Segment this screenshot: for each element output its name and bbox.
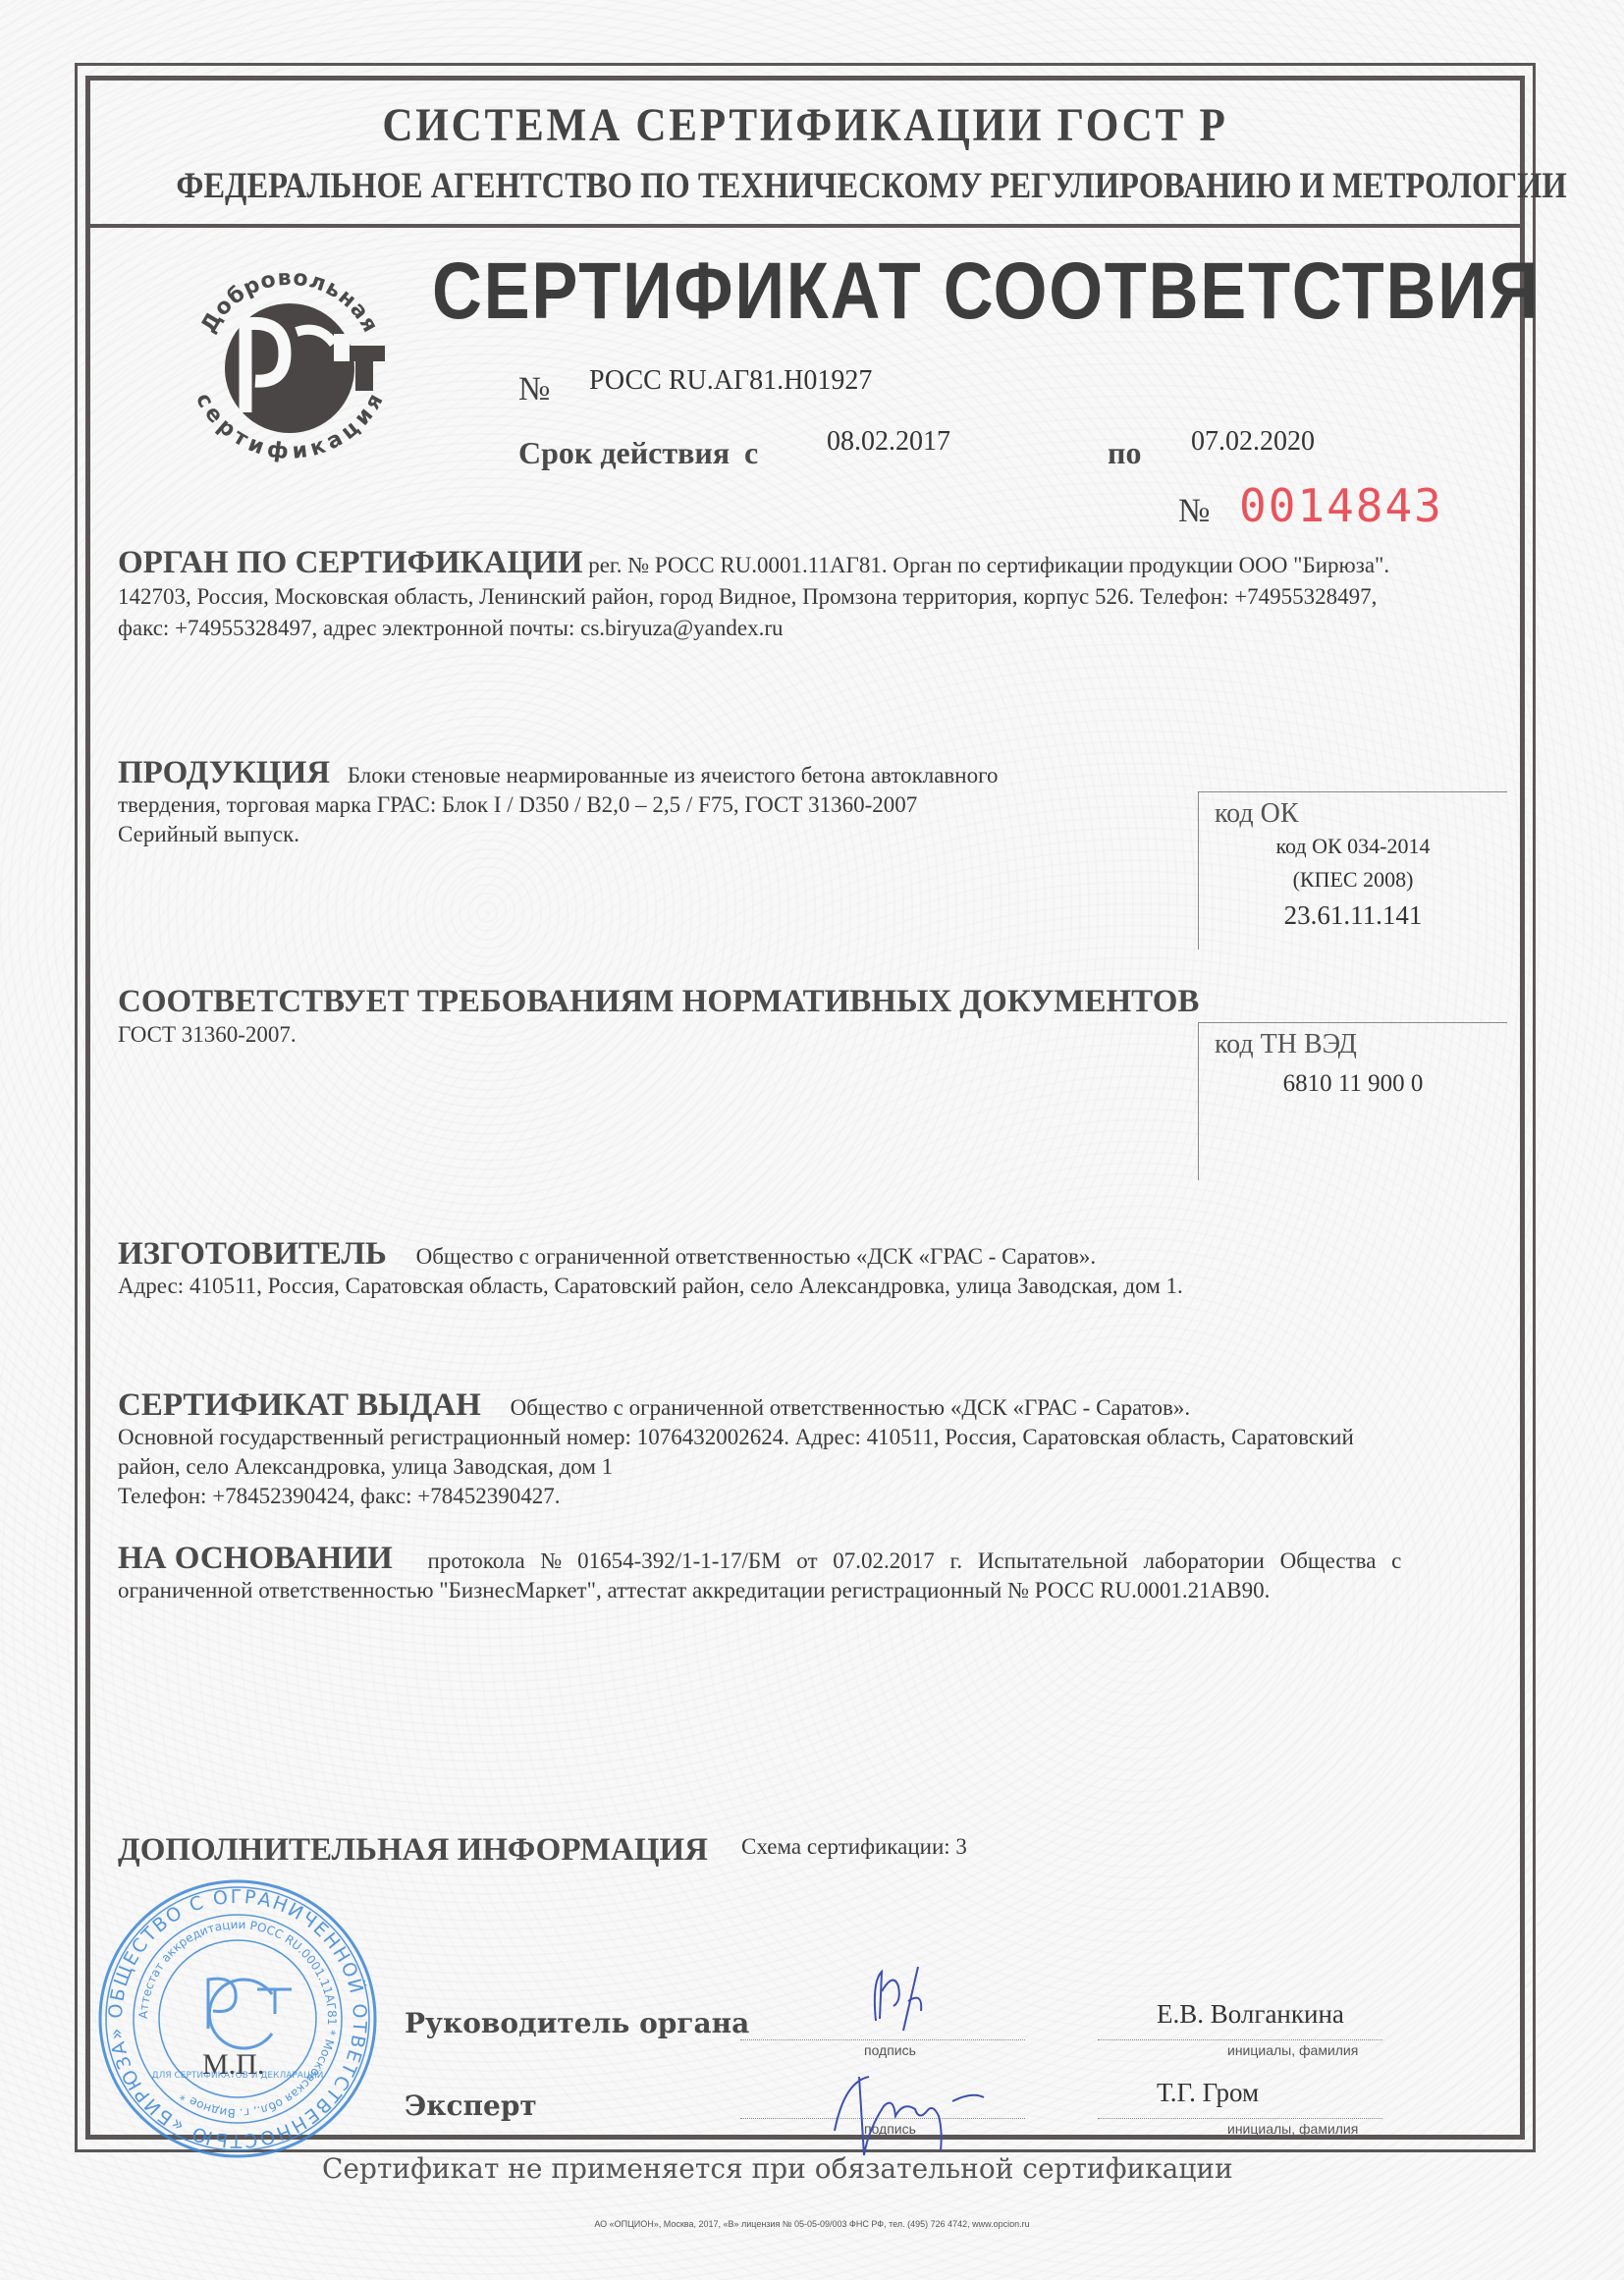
blank-serial-number: 0014843 bbox=[1239, 479, 1443, 532]
issued-to-label: СЕРТИФИКАТ ВЫДАН bbox=[118, 1387, 481, 1423]
manufacturer-section: ИЗГОТОВИТЕЛЬ Общество с ограниченной отв… bbox=[118, 1239, 1512, 1301]
basis-line1: протокола № 01654-392/1-1-17/БМ от 07.02… bbox=[428, 1548, 1402, 1573]
seal-stamp-icon: ОБЩЕСТВО С ОГРАНИЧЕННОЙ ОТВЕТСТВЕННОСТЬЮ… bbox=[90, 1872, 385, 2166]
expert-name: Т.Г. Гром bbox=[1157, 2078, 1259, 2108]
agency-title: ФЕДЕРАЛЬНОЕ АГЕНТСТВО ПО ТЕХНИЧЕСКОМУ РЕ… bbox=[176, 165, 1434, 207]
expert-label: Эксперт bbox=[405, 2090, 537, 2122]
svg-text:Аттестат аккредитации РОСС RU.: Аттестат аккредитации РОСС RU.0001.11АГ8… bbox=[136, 1918, 339, 2120]
conformity-value: ГОСТ 31360-2007. bbox=[118, 1020, 1199, 1050]
product-line1: Блоки стеновые неармированные из ячеисто… bbox=[348, 763, 999, 787]
validity-label: Срок действия bbox=[518, 435, 730, 471]
rst-logo-icon: Добровольная сертификация bbox=[187, 265, 393, 471]
ok-code-classifier: код ОК 034-2014 bbox=[1199, 834, 1507, 859]
head-name: Е.В. Волганкина bbox=[1157, 1999, 1344, 2030]
certificate-number: РОСС RU.АГ81.Н01927 bbox=[589, 365, 872, 397]
issued-to-line4: Телефон: +78452390424, факс: +7845239042… bbox=[118, 1482, 1512, 1511]
basis-label: НА ОСНОВАНИИ bbox=[118, 1541, 393, 1576]
valid-to-date: 07.02.2020 bbox=[1191, 426, 1315, 458]
manufacturer-label: ИЗГОТОВИТЕЛЬ bbox=[118, 1236, 387, 1272]
head-signature-icon bbox=[864, 1962, 952, 2055]
printer-info: АО «ОПЦИОН», Москва, 2017, «В» лицензия … bbox=[0, 2219, 1624, 2229]
conformity-section: СООТВЕТСТВУЕТ ТРЕБОВАНИЯМ НОРМАТИВНЫХ ДО… bbox=[118, 984, 1199, 1050]
certification-body-label: ОРГАН ПО СЕРТИФИКАЦИИ bbox=[118, 545, 582, 580]
tnved-code-label: код ТН ВЭД bbox=[1215, 1029, 1507, 1060]
certification-body-line3: факс: +74955328497, адрес электронной по… bbox=[118, 614, 1512, 643]
additional-info-label: ДОПОЛНИТЕЛЬНАЯ ИНФОРМАЦИЯ bbox=[118, 1832, 708, 1868]
basis-line2: ограниченной ответственностью "БизнесМар… bbox=[118, 1576, 1502, 1605]
product-section: ПРОДУКЦИЯ Блоки стеновые неармированные … bbox=[118, 758, 1178, 849]
manufacturer-line1: Общество с ограниченной ответственностью… bbox=[416, 1244, 1097, 1269]
validity-to-label: по bbox=[1108, 435, 1141, 471]
ok-code-label: код ОК bbox=[1215, 798, 1507, 830]
tnved-code-value: 6810 11 900 0 bbox=[1199, 1070, 1507, 1098]
basis-section: НА ОСНОВАНИИ протокола № 01654-392/1-1-1… bbox=[118, 1544, 1502, 1605]
issued-to-line3: район, село Александровка, улица Заводск… bbox=[118, 1452, 1512, 1482]
validity-from-label: с bbox=[744, 435, 758, 471]
ok-code-classifier-sub: (КПЕС 2008) bbox=[1199, 867, 1507, 893]
footer-note: Сертификат не применяется при обязательн… bbox=[322, 2152, 1233, 2185]
stamp-inner-text: Аттестат аккредитации РОСС RU.0001.11АГ8… bbox=[136, 1918, 339, 2120]
header-divider bbox=[85, 224, 1525, 228]
issued-to-line1: Общество с ограниченной ответственностью… bbox=[511, 1395, 1191, 1420]
product-label: ПРОДУКЦИЯ bbox=[118, 755, 330, 790]
certificate-title: СЕРТИФИКАТ СООТВЕТСТВИЯ bbox=[432, 245, 1541, 338]
head-name-caption: инициалы, фамилия bbox=[1227, 2042, 1358, 2058]
system-title: СИСТЕМА СЕРТИФИКАЦИИ ГОСТ Р bbox=[162, 98, 1448, 152]
head-name-line bbox=[1098, 2039, 1382, 2040]
mp-label: М.П. bbox=[202, 2048, 264, 2082]
blank-number-sign: № bbox=[1178, 493, 1210, 530]
ok-code-value: 23.61.11.141 bbox=[1199, 900, 1507, 931]
product-line2: твердения, торговая марка ГРАС: Блок I /… bbox=[118, 790, 1178, 820]
certification-body-line1: рег. № РОСС RU.0001.11АГ81. Орган по сер… bbox=[588, 553, 1389, 577]
expert-name-caption: инициалы, фамилия bbox=[1227, 2121, 1358, 2137]
issued-to-line2: Основной государственный регистрационный… bbox=[118, 1423, 1512, 1452]
valid-from-date: 08.02.2017 bbox=[827, 426, 950, 458]
certification-body-section: ОРГАН ПО СЕРТИФИКАЦИИ рег. № РОСС RU.000… bbox=[118, 548, 1512, 643]
manufacturer-line2: Адрес: 410511, Россия, Саратовская облас… bbox=[118, 1272, 1512, 1301]
ok-code-box: код ОК код ОК 034-2014 (КПЕС 2008) 23.61… bbox=[1198, 791, 1507, 950]
product-line3: Серийный выпуск. bbox=[118, 820, 1178, 849]
additional-info-value: Схема сертификации: 3 bbox=[741, 1834, 967, 1859]
number-sign: № bbox=[518, 371, 550, 408]
issued-to-section: СЕРТИФИКАТ ВЫДАН Общество с ограниченной… bbox=[118, 1390, 1512, 1511]
additional-info-section: ДОПОЛНИТЕЛЬНАЯ ИНФОРМАЦИЯ Схема сертифик… bbox=[118, 1832, 967, 1869]
expert-name-line bbox=[1098, 2118, 1382, 2119]
conformity-label: СООТВЕТСТВУЕТ ТРЕБОВАНИЯМ НОРМАТИВНЫХ ДО… bbox=[118, 984, 1199, 1020]
certification-body-line2: 142703, Россия, Московская область, Лени… bbox=[118, 582, 1512, 612]
tnved-code-box: код ТН ВЭД 6810 11 900 0 bbox=[1198, 1022, 1507, 1180]
head-of-body-label: Руководитель органа bbox=[405, 2007, 749, 2039]
